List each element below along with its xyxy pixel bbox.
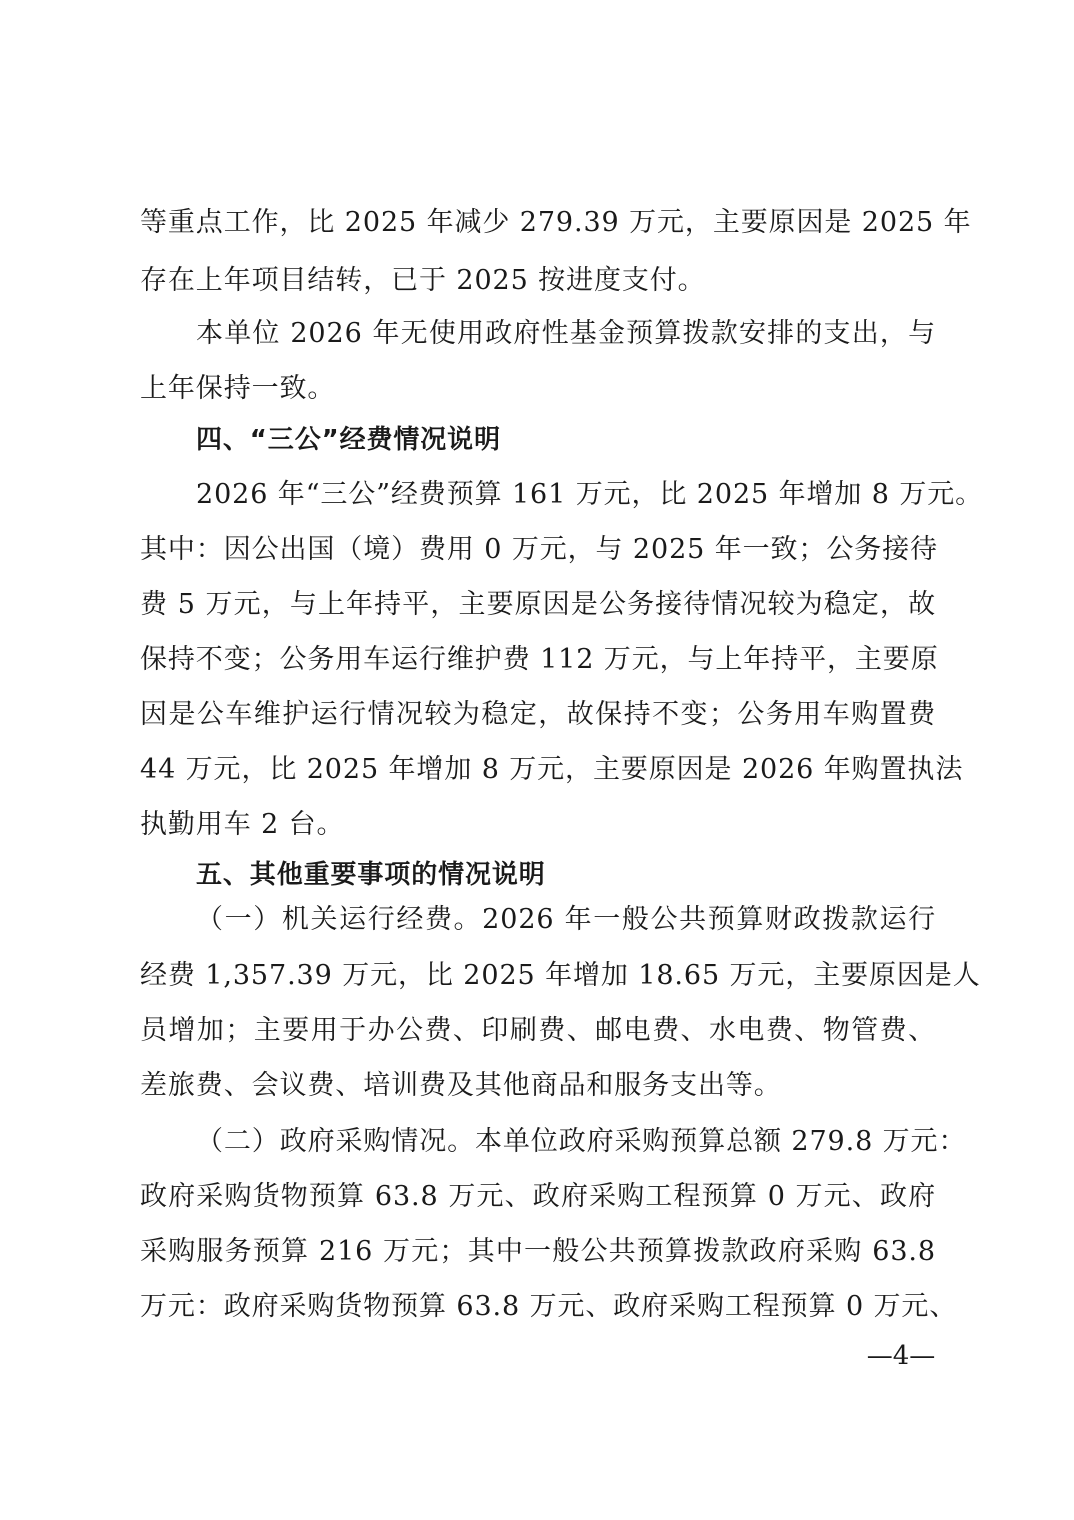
body-text-line: 其中：因公出国（境）费用 0 万元，与 2025 年一致；公务接待 [140, 530, 936, 570]
page-number: —4— [856, 1336, 946, 1376]
document-page: 等重点工作，比 2025 年减少 279.39 万元，主要原因是 2025 年 … [0, 0, 1074, 1520]
paragraph-first-line: （一）机关运行经费。2026 年一般公共预算财政拨款运行 [196, 900, 936, 940]
body-text-line: 经费 1,357.39 万元，比 2025 年增加 18.65 万元，主要原因是… [140, 956, 936, 996]
body-text-line: 存在上年项目结转，已于 2025 按进度支付。 [140, 261, 936, 301]
body-text-line: 员增加；主要用于办公费、印刷费、邮电费、水电费、物管费、 [140, 1011, 936, 1051]
body-text-line: 44 万元，比 2025 年增加 8 万元，主要原因是 2026 年购置执法 [140, 750, 936, 790]
body-text-line: 差旅费、会议费、培训费及其他商品和服务支出等。 [140, 1066, 936, 1106]
body-text-line: 因是公车维护运行情况较为稳定，故保持不变；公务用车购置费 [140, 695, 936, 735]
paragraph-first-line: 本单位 2026 年无使用政府性基金预算拨款安排的支出，与 [196, 314, 936, 354]
body-text-line: 政府采购货物预算 63.8 万元、政府采购工程预算 0 万元、政府 [140, 1177, 936, 1217]
section-heading-four: 四、“三公”经费情况说明 [196, 420, 936, 460]
paragraph-first-line: 2026 年“三公”经费预算 161 万元，比 2025 年增加 8 万元。 [196, 475, 936, 515]
section-heading-five: 五、其他重要事项的情况说明 [196, 855, 936, 895]
body-text-line: 执勤用车 2 台。 [140, 805, 936, 845]
body-text-line: 采购服务预算 216 万元；其中一般公共预算拨款政府采购 63.8 [140, 1232, 936, 1272]
paragraph-first-line: （二）政府采购情况。本单位政府采购预算总额 279.8 万元： [196, 1122, 936, 1162]
body-text-line: 保持不变；公务用车运行维护费 112 万元，与上年持平，主要原 [140, 640, 936, 680]
body-text-line: 等重点工作，比 2025 年减少 279.39 万元，主要原因是 2025 年 [140, 203, 936, 243]
body-text-line: 上年保持一致。 [140, 369, 936, 409]
body-text-line: 费 5 万元，与上年持平，主要原因是公务接待情况较为稳定，故 [140, 585, 936, 625]
body-text-line: 万元：政府采购货物预算 63.8 万元、政府采购工程预算 0 万元、 [140, 1287, 936, 1327]
